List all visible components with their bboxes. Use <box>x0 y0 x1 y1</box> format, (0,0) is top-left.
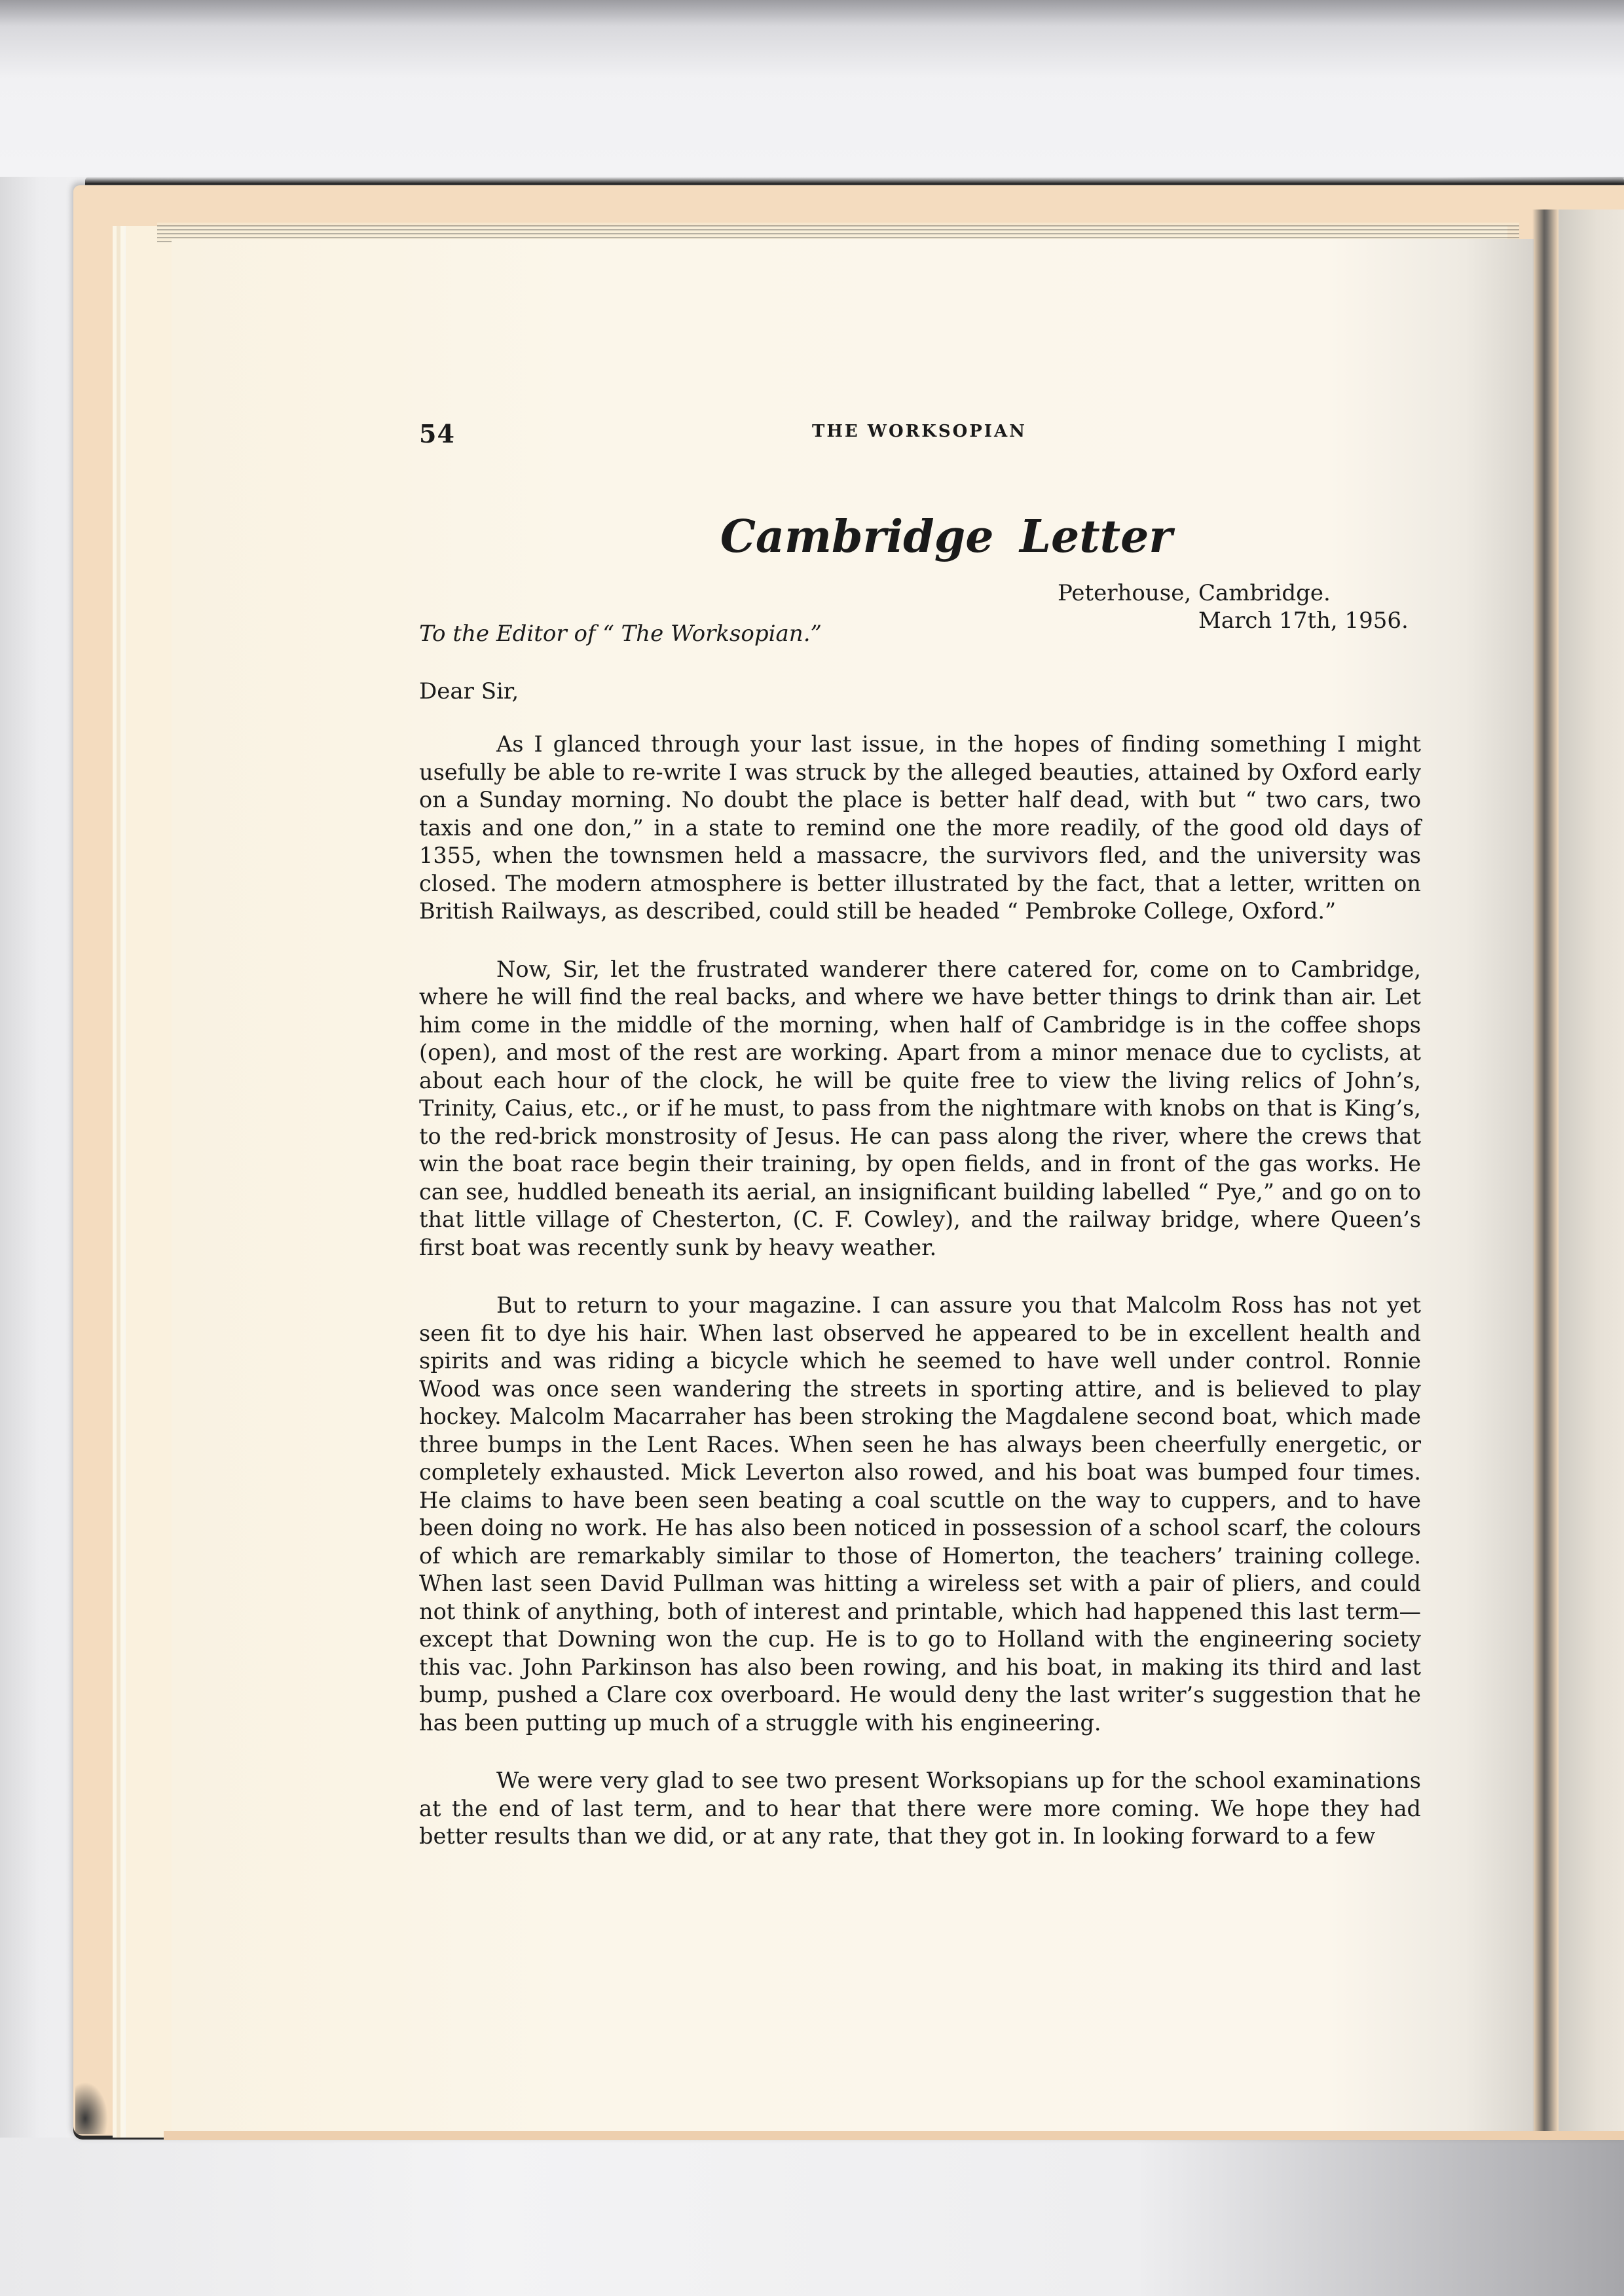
letter-date: March 17th, 1956. <box>1198 608 1409 634</box>
page-content: 54 THE WORKSOPIAN Cambridge Letter Peter… <box>419 412 1421 1872</box>
paragraph-1: As I glanced through your last issue, in… <box>419 731 1421 926</box>
running-head: 54 THE WORKSOPIAN <box>419 412 1421 452</box>
scanner-background-top <box>0 0 1624 177</box>
facing-page-edge <box>1559 210 1624 2134</box>
spine-shadow <box>75 2082 108 2134</box>
paragraph-2: Now, Sir, let the frustrated wanderer th… <box>419 956 1421 1262</box>
addressee-line: To the Editor of “ The Worksopian.” <box>419 621 822 647</box>
journal-title: THE WORKSOPIAN <box>812 422 1027 441</box>
book-bottom-edge <box>164 2131 1624 2140</box>
letter-header: Peterhouse, Cambridge. March 17th, 1956.… <box>419 580 1421 652</box>
sender-address: Peterhouse, Cambridge. <box>1058 580 1331 606</box>
salutation: Dear Sir, <box>419 678 1421 704</box>
article-title: Cambridge Letter <box>419 511 1421 563</box>
book-gutter-shadow <box>1532 210 1559 2134</box>
paragraph-4: We were very glad to see two present Wor… <box>419 1767 1421 1851</box>
page-number: 54 <box>419 419 455 448</box>
scanner-background-bottom <box>0 2138 1624 2296</box>
paragraph-3: But to return to your magazine. I can as… <box>419 1292 1421 1737</box>
